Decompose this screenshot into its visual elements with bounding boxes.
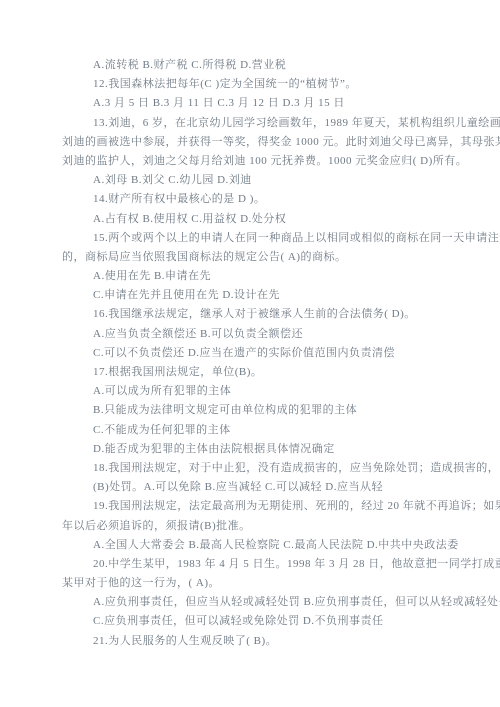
- text-line: 的，商标局应当依照我国商标法的规定公告( A)的商标。: [62, 248, 439, 267]
- text-line: 15.两个或两个以上的申请人在同一种商品上以相同或相似的商标在同一天申请注册: [62, 229, 439, 248]
- text-line: A.流转税 B.财产税 C.所得税 D.营业税: [62, 56, 439, 75]
- text-line: A.3 月 5 日 B.3 月 11 日 C.3 月 12 日 D.3 月 15…: [62, 94, 439, 113]
- text-line: A.应当负责全额偿还 B.可以负责全额偿还: [62, 325, 439, 344]
- text-line: C.不能成为任何犯罪的主体: [62, 421, 439, 440]
- text-line: 13.刘迪，6 岁，在北京幼儿园学习绘画数年，1989 年夏天，某机构组织儿童绘…: [62, 114, 439, 133]
- question-text-block: A.流转税 B.财产税 C.所得税 D.营业税12.我国森林法把每年(C )定为…: [62, 56, 439, 651]
- text-line: C.应负刑事责任，但可以减轻或免除处罚 D.不负刑事责任: [62, 612, 439, 631]
- text-line: 17.根据我国刑法规定，单位(B)。: [62, 363, 439, 382]
- text-line: A.全国人大常委会 B.最高人民检察院 C.最高人民法院 D.中共中央政法委: [62, 536, 439, 555]
- text-line: 19.我国刑法规定，法定最高刑为无期徒刑、死刑的，经过 20 年就不再追诉；如果…: [62, 497, 439, 516]
- text-line: 18.我国刑法规定，对于中止犯，没有造成损害的，应当免除处罚；造成损害的，: [62, 459, 439, 478]
- text-line: A.应负刑事责任，但应当从轻或减轻处罚 B.应负刑事责任，但可以从轻或减轻处罚: [62, 593, 439, 612]
- text-line: 刘迪的监护人，刘迪之父每月给刘迪 100 元抚养费。1000 元奖金应归( D)…: [62, 152, 439, 171]
- text-line: 21.为人民服务的人生观反映了( B)。: [62, 632, 439, 651]
- text-line: 某甲对于他的这一行为，( A)。: [62, 574, 439, 593]
- text-line: 刘迪的画被选中参展，并获得一等奖，得奖金 1000 元。此时刘迪父母已离异，其母…: [62, 133, 439, 152]
- text-line: B.只能成为法律明文规定可由单位构成的犯罪的主体: [62, 401, 439, 420]
- text-line: 14.财产所有权中最核心的是 D )。: [62, 190, 439, 209]
- text-line: 16.我国继承法规定，继承人对于被继承人生前的合法债务( D)。: [62, 305, 439, 324]
- document-page: A.流转税 B.财产税 C.所得税 D.营业税12.我国森林法把每年(C )定为…: [0, 0, 500, 707]
- text-line: A.使用在先 B.申请在先: [62, 267, 439, 286]
- text-line: 20.中学生某甲，1983 年 4 月 5 日生。1998 年 3 月 28 日…: [62, 555, 439, 574]
- text-line: C.申请在先并且使用在先 D.设计在先: [62, 286, 439, 305]
- text-line: C.可以不负责偿还 D.应当在遗产的实际价值范围内负责清偿: [62, 344, 439, 363]
- text-line: (B)处罚。A.可以免除 B.应当减轻 C.可以减轻 D.应当从轻: [62, 478, 439, 497]
- text-line: 年以后必须追诉的，须报请(B)批准。: [62, 517, 439, 536]
- text-line: A.刘母 B.刘父 C.幼儿园 D.刘迪: [62, 171, 439, 190]
- text-line: A.可以成为所有犯罪的主体: [62, 382, 439, 401]
- text-line: 12.我国森林法把每年(C )定为全国统一的“植树节”。: [62, 75, 439, 94]
- text-line: A.占有权 B.使用权 C.用益权 D.处分权: [62, 210, 439, 229]
- text-line: D.能否成为犯罪的主体由法院根据具体情况确定: [62, 440, 439, 459]
